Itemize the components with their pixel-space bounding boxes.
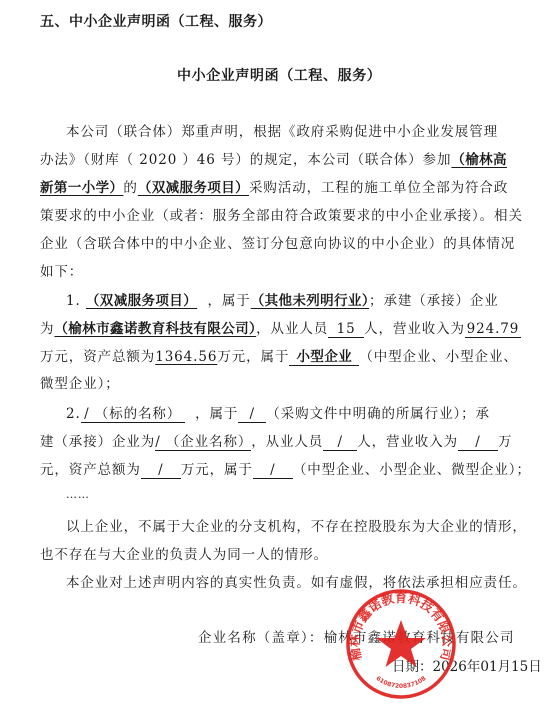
item2-size: / [253,463,293,479]
purchaser-name-cont: 新第一小学） [40,180,123,196]
seal-star-icon [376,620,426,667]
item2-line-3: 元，资产总额为/万元，属于/（中型企业、小型企业、微型企业）； [40,461,531,479]
item2-text: ，从业人员 [251,434,323,450]
item1-text: 为 [40,321,54,337]
item1-text: ；承建（承接）企业 [369,293,499,309]
item2-text: 万元，属于 [181,462,253,478]
purchaser-name: （榆林高 [451,152,507,168]
item2-company: / （企业名称） [155,435,251,451]
statement-line-2: 也不存在与大企业的负责人为同一人的情形。 [40,546,328,564]
item1-size: 小型企业 [289,350,359,366]
document-title: 中小企业声明函（工程、服务） [177,67,381,85]
item2-text: 人，营业收入为 [357,434,458,450]
item1-company: （榆林市鑫诺教育科技有限公司） [54,321,256,337]
svg-text:6108720837108: 6108720837108 [375,675,428,690]
item1-text: （中型企业、小型企业、 [359,349,517,365]
item1-line-2: 为（榆林市鑫诺教育科技有限公司），从业人员15人，营业收入为924.79 [40,320,521,338]
item1-revenue: 924.79 [465,322,521,338]
intro-line-1: 本公司（联合体）郑重声明，根据《政府采购促进中小企业发展管理 [66,123,498,141]
item1-project: （双减服务项目） [86,293,197,309]
statement-line-1: 以上企业，不属于大企业的分支机构，不存在控股股东为大企业的情形， [66,518,527,536]
intro-line-2: 办法》（财库（ 2020 ）46 号）的规定，本公司（联合体）参加（榆林高 [40,151,507,169]
intro-line-5: 企业（含联合体中的中小企业、签订分包意向协议的中小企业）的具体情况 [40,235,515,253]
item2-line-2: 建（承接）企业为/ （企业名称），从业人员/人，营业收入为/万 [40,433,512,451]
item1-text: ，属于 [207,293,250,309]
intro-line-6: 如下： [40,263,83,281]
statement-line-3: 本企业对上述声明内容的真实性负责。如有虚假，将依法承担相应责任。 [66,574,527,592]
item2-text: 建（承接）企业为 [40,434,155,450]
item1-line-3: 万元，资产总额为1364.56万元，属于小型企业（中型企业、小型企业、 [40,348,518,366]
item2-assets: / [141,463,181,479]
section-header: 五、中小企业声明函（工程、服务） [40,13,272,31]
ellipsis: …… [66,486,90,504]
item2-revenue: / [458,435,498,451]
item1-staff: 15 [328,322,364,338]
item1-assets: 1364.56 [155,349,217,365]
item2-text: （中型企业、小型企业、微型企业）； [293,462,531,478]
item1-text: ，从业人员 [256,321,328,337]
item2-text: ，属于 [195,406,238,422]
company-seal-icon: 榆林市鑫诺教育科技有限公司 6108720837108 [345,588,457,700]
item2-industry: / [238,407,266,423]
project-name: （双减服务项目） [138,180,249,196]
intro-line-3: 新第一小学）的（双减服务项目）采购活动，工程的施工单位全部为符合政 [40,179,508,197]
intro-text: 办法》（财库（ 2020 ）46 号）的规定，本公司（联合体）参加 [40,152,451,168]
item2-staff: / [323,435,357,451]
item1-industry: （其他未列明行业） [251,293,369,309]
item1-number: 1. [66,293,81,309]
item1-text: 万元，资产总额为 [40,349,155,365]
item2-text: （采购文件中明确的所属行业）；承 [266,406,490,422]
item2-line-1: 2./ （标的名称） ，属于/（采购文件中明确的所属行业）；承 [66,405,490,423]
seal-code: 6108720837108 [375,675,428,690]
item1-text: 人，营业收入为 [364,321,465,337]
item2-subject: / （标的名称） [81,407,185,423]
item1-line-1: 1. （双减服务项目） ，属于（其他未列明行业）；承建（承接）企业 [66,292,499,310]
company-label: 企业名称（盖章）： [198,630,324,646]
item2-text: 万 [498,434,512,450]
intro-line-4: 策要求的中小企业（或者：服务全部由符合政策要求的中小企业承接）。相关 [40,207,523,225]
item1-text: 万元，属于 [217,349,289,365]
intro-text: 采购活动，工程的施工单位全部为符合政 [249,180,508,196]
item2-number: 2. [66,406,81,422]
item2-text: 元，资产总额为 [40,462,141,478]
intro-text: 的 [123,180,137,196]
item1-line-4: 微型企业）； [40,375,120,393]
